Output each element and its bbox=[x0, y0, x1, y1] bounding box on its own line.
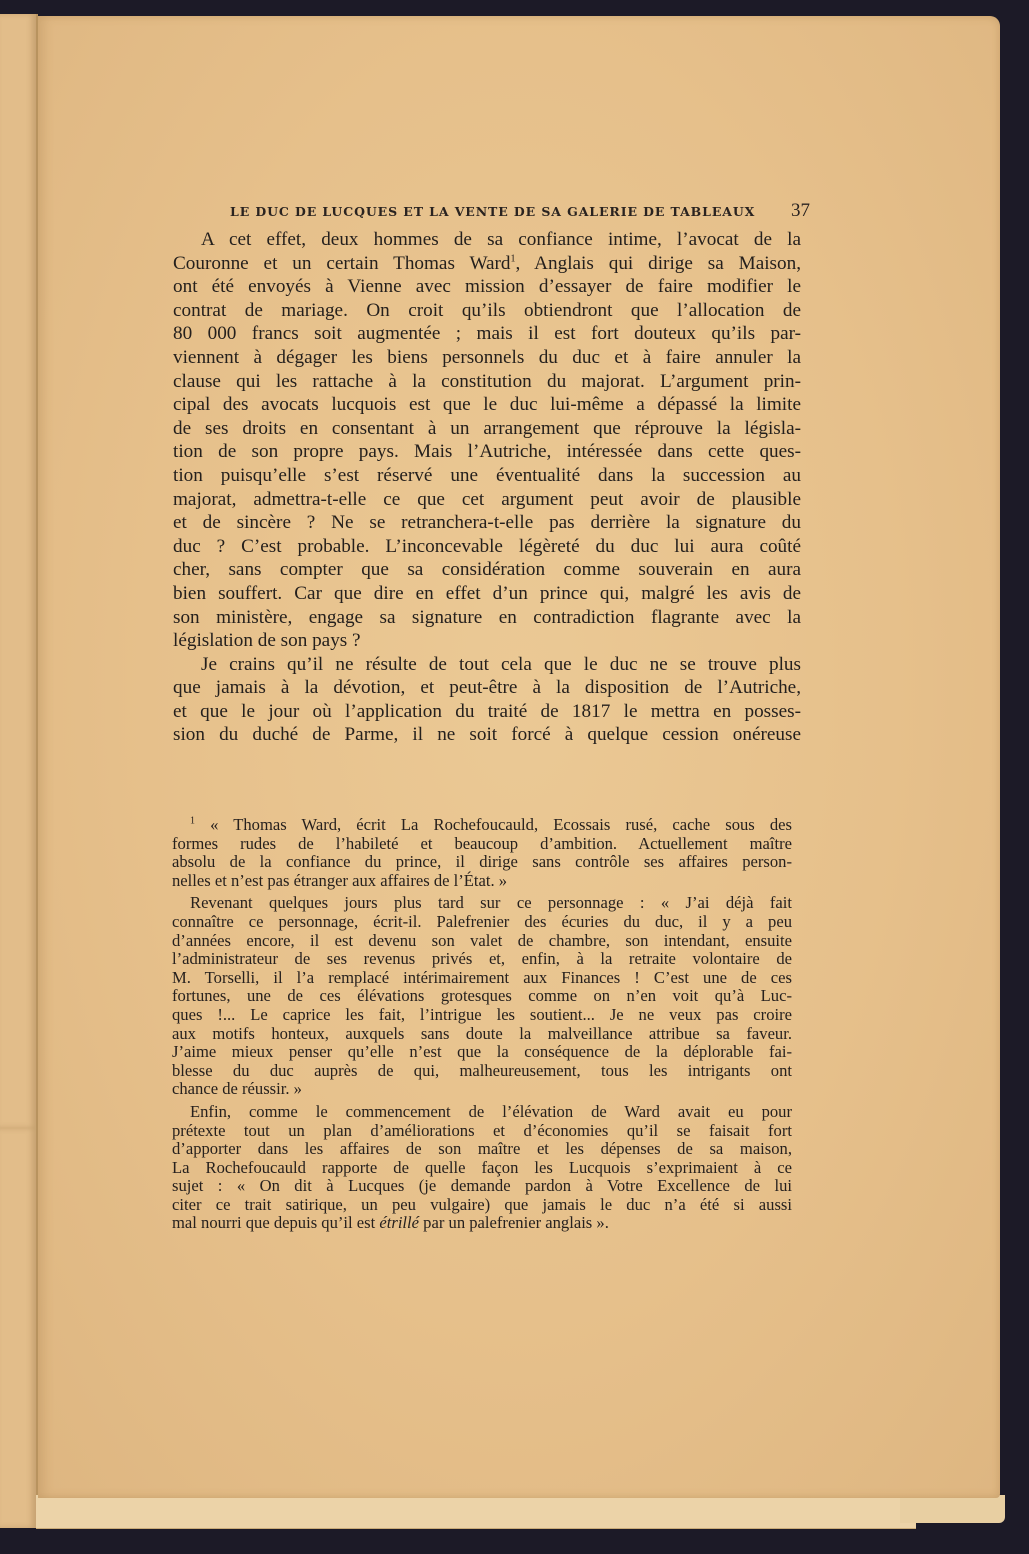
footnote-line: connaître ce personnage, écrit-il. Palef… bbox=[172, 913, 792, 932]
underlying-sheet-corner bbox=[900, 1495, 1005, 1523]
footnote-line: l’administrateur de ses revenus privés e… bbox=[172, 950, 792, 969]
text-segment: « Thomas Ward, écrit La Rochefoucauld, E… bbox=[210, 815, 792, 834]
underlying-sheet-edge bbox=[36, 1495, 916, 1529]
text-line: Couronne et un certain Thomas Ward1, Ang… bbox=[173, 252, 801, 276]
text-line: et de sincère ? Ne se retranchera-t-elle… bbox=[173, 511, 801, 535]
footnote-line: formes rudes de l’habileté et beaucoup d… bbox=[172, 835, 792, 854]
paragraph-1: A cet effet, deux hommes de sa confiance… bbox=[173, 228, 801, 653]
footnote-1-continued: Revenant quelques jours plus tard sur ce… bbox=[172, 894, 792, 1099]
main-text: A cet effet, deux hommes de sa confiance… bbox=[173, 228, 801, 747]
text-line: duc ? C’est probable. L’inconcevable lég… bbox=[173, 535, 801, 559]
facing-page-edge bbox=[0, 14, 38, 1128]
italic-word: étrillé bbox=[379, 1213, 419, 1232]
footnote-1-final: Enfin, comme le commencement de l’élévat… bbox=[172, 1103, 792, 1233]
footnote-line: blesse du duc auprès de qui, malheureuse… bbox=[172, 1062, 792, 1081]
footnote-marker: 1 bbox=[190, 815, 195, 826]
text-segment: , Anglais qui dirige sa Maison, bbox=[516, 253, 801, 274]
facing-page-edge-lower bbox=[0, 1128, 38, 1528]
text-segment: Couronne et un certain Thomas Ward bbox=[173, 253, 511, 274]
text-line: son ministère, engage sa signature en co… bbox=[173, 606, 801, 630]
text-line: viennent à dégager les biens personnels … bbox=[173, 346, 801, 370]
footnote-line: prétexte tout un plan d’améliorations et… bbox=[172, 1122, 792, 1141]
text-line: clause qui les rattache à la constitutio… bbox=[173, 370, 801, 394]
text-line: ont été envoyés à Vienne avec mission d’… bbox=[173, 275, 801, 299]
text-line: tion de son propre pays. Mais l’Autriche… bbox=[173, 440, 801, 464]
footnote-line: d’apporter dans les affaires de son maît… bbox=[172, 1140, 792, 1159]
text-line: et que le jour où l’application du trait… bbox=[173, 700, 801, 724]
page-number: 37 bbox=[791, 200, 810, 222]
footnote-1: 1 « Thomas Ward, écrit La Rochefoucauld,… bbox=[172, 816, 792, 890]
footnote-line: chance de réussir. » bbox=[172, 1080, 792, 1099]
footnote-line: 1 « Thomas Ward, écrit La Rochefoucauld,… bbox=[172, 816, 792, 835]
text-line: tion puisqu’elle s’est réservé une évent… bbox=[173, 464, 801, 488]
text-line: bien souffert. Car que dire en effet d’u… bbox=[173, 582, 801, 606]
text-line: majorat, admettra-t-elle ce que cet argu… bbox=[173, 488, 801, 512]
text-line: cher, sans compter que sa considération … bbox=[173, 558, 801, 582]
footnote-line: sujet : « On dit à Lucques (je demande p… bbox=[172, 1177, 792, 1196]
footnote-line: absolu de la confiance du prince, il dir… bbox=[172, 853, 792, 872]
text-line: A cet effet, deux hommes de sa confiance… bbox=[173, 228, 801, 252]
footnote-line: fortunes, une de ces élévations grotesqu… bbox=[172, 987, 792, 1006]
running-title: LE DUC DE LUCQUES ET LA VENTE DE SA GALE… bbox=[230, 204, 755, 218]
text-line: cipal des avocats lucquois est que le du… bbox=[173, 393, 801, 417]
text-line: 80 000 francs soit augmentée ; mais il e… bbox=[173, 322, 801, 346]
footnote-line: Enfin, comme le commencement de l’élévat… bbox=[172, 1103, 792, 1122]
text-line: que jamais à la dévotion, et peut-être à… bbox=[173, 676, 801, 700]
text-line: Je crains qu’il ne résulte de tout cela … bbox=[173, 653, 801, 677]
footnote-line: La Rochefoucauld rapporte de quelle faço… bbox=[172, 1159, 792, 1178]
footnote-line: J’aime mieux penser qu’elle n’est que la… bbox=[172, 1043, 792, 1062]
footnote-line: citer ce trait satirique, un peu vulgair… bbox=[172, 1196, 792, 1215]
text-segment: mal nourri que depuis qu’il est bbox=[172, 1213, 379, 1232]
footnote-line: d’années encore, il est devenu son valet… bbox=[172, 932, 792, 951]
paragraph-2: Je crains qu’il ne résulte de tout cela … bbox=[173, 653, 801, 747]
text-segment: par un palefrenier anglais ». bbox=[419, 1213, 609, 1232]
page-header: LE DUC DE LUCQUES ET LA VENTE DE SA GALE… bbox=[230, 200, 810, 222]
footnote-line: aux motifs honteux, auxquels sans doute … bbox=[172, 1025, 792, 1044]
text-line: de ses droits en consentant à un arrange… bbox=[173, 417, 801, 441]
text-line: législation de son pays ? bbox=[173, 629, 801, 653]
footnote-line: mal nourri que depuis qu’il est étrillé … bbox=[172, 1214, 792, 1233]
footnote-line: M. Torselli, il l’a remplacé intérimaire… bbox=[172, 969, 792, 988]
text-line: contrat de mariage. On croit qu’ils obti… bbox=[173, 299, 801, 323]
footnote-line: nelles et n’est pas étranger aux affaire… bbox=[172, 872, 792, 891]
text-line: sion du duché de Parme, il ne soit forcé… bbox=[173, 723, 801, 747]
footnote-line: ques !... Le caprice les fait, l’intrigu… bbox=[172, 1006, 792, 1025]
footnotes: 1 « Thomas Ward, écrit La Rochefoucauld,… bbox=[172, 816, 792, 1233]
footnote-line: Revenant quelques jours plus tard sur ce… bbox=[172, 894, 792, 913]
